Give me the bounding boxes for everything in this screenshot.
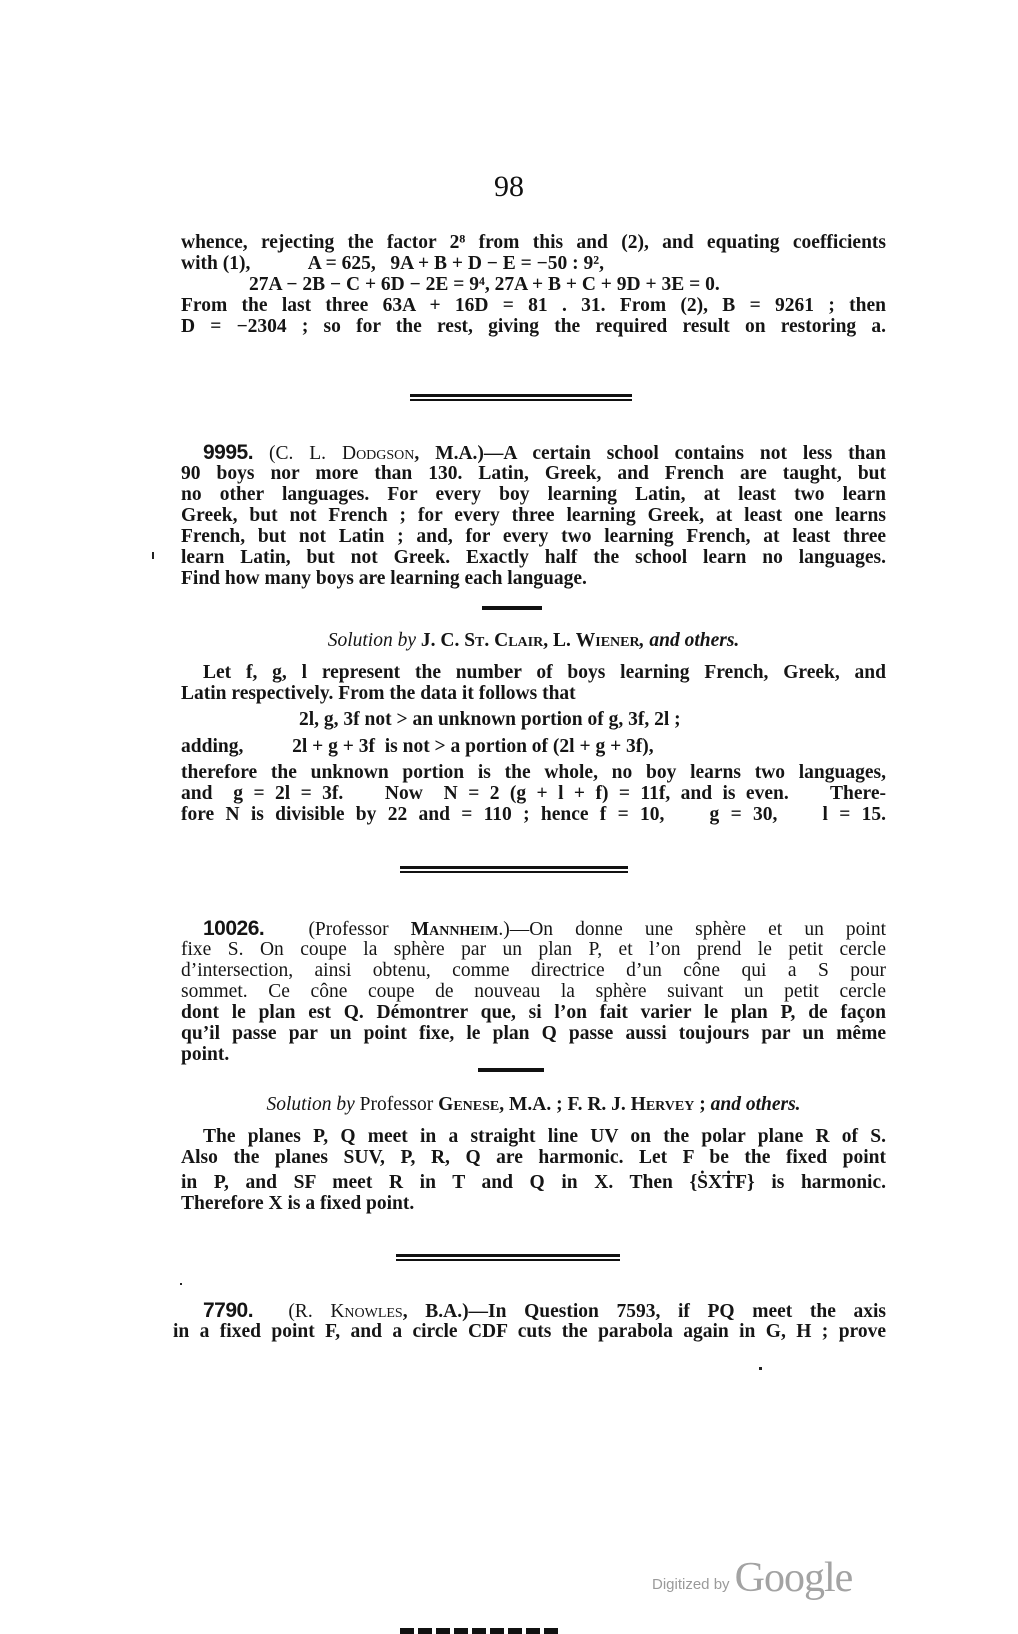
question-number: 10026. (203, 917, 264, 940)
solution-attribution: Solution by J. C. St. Clair, L. Wiener, … (181, 630, 886, 651)
short-divider (478, 1068, 544, 1072)
text-line: Latin respectively. From the data it fol… (181, 683, 886, 704)
equation-line: 2l, g, 3f not > an unknown portion of g,… (181, 709, 886, 730)
text-line: dont le plan est Q. Démontrer que, si l’… (181, 1002, 886, 1023)
text-line: learn Latin, but not Greek. Exactly half… (181, 547, 886, 568)
text-line: therefore the unknown portion is the who… (181, 762, 886, 783)
proposer-name: Mannheim (411, 919, 499, 940)
google-logo-text: Google (735, 1555, 853, 1601)
print-speck (759, 1367, 762, 1370)
print-speck (152, 552, 154, 559)
text-line: Find how many boys are learning each lan… (181, 568, 886, 589)
continuation-paragraph: whence, rejecting the factor 2⁸ from thi… (181, 232, 886, 337)
question-9995: 9995. (C. L. Dodgson, M.A.)—A certain sc… (181, 442, 886, 589)
text-line: Let f, g, l represent the number of boys… (181, 662, 886, 683)
text-line: sommet. Ce cône coupe de nouveau la sphè… (181, 981, 886, 1002)
section-divider (396, 1254, 620, 1261)
digitized-by-google-watermark: Digitized by Google (652, 1554, 852, 1602)
proposer-name: Dodgson (342, 443, 414, 464)
short-divider (482, 606, 542, 610)
equation-line: adding, 2l + g + 3f is not > a portion o… (181, 736, 886, 757)
section-divider (400, 866, 628, 873)
section-divider (410, 394, 632, 401)
question-7790: 7790. (R. Knowles, B.A.)—In Question 759… (181, 1300, 886, 1342)
text-line: Also the planes SUV, P, R, Q are harmoni… (181, 1147, 886, 1168)
text-line: French, but not Latin ; and, for every t… (181, 526, 886, 547)
solver-name: Wiener (576, 630, 640, 651)
text-line: no other languages. For every boy learni… (181, 484, 886, 505)
text-line: The planes P, Q meet in a straight line … (181, 1126, 886, 1147)
text-line: and g = 2l = 3f. Now N = 2 (g + l + f) =… (181, 783, 886, 804)
solution-9995: Let f, g, l represent the number of boys… (181, 662, 886, 825)
text-line: d’intersection, ainsi obtenu, comme dire… (181, 960, 886, 981)
solver-name: Hervey (631, 1094, 695, 1115)
print-speck (180, 1283, 182, 1285)
text-line: in P, and SF meet R in T and Q in X. The… (181, 1172, 886, 1193)
text-line: whence, rejecting the factor 2⁸ from thi… (181, 232, 886, 253)
text-line: qu’il passe par un point fixe, le plan Q… (181, 1023, 886, 1044)
question-header: 7790. (R. Knowles, B.A.)—In Question 759… (181, 1300, 886, 1321)
question-number: 9995. (203, 441, 253, 464)
question-10026: 10026. (Professor Mannheim.)—On donne un… (181, 918, 886, 1065)
solver-name: St. Clair (464, 630, 543, 651)
text-line: D = −2304 ; so for the rest, giving the … (181, 316, 886, 337)
question-number: 7790. (203, 1299, 253, 1322)
book-page: 98 whence, rejecting the factor 2⁸ from … (0, 0, 1018, 1634)
solution-10026: The planes P, Q meet in a straight line … (181, 1126, 886, 1214)
text-line: fore N is divisible by 22 and = 110 ; he… (181, 804, 886, 825)
text-line: 90 boys nor more than 130. Latin, Greek,… (181, 463, 886, 484)
text-line: in a fixed point F, and a circle CDF cut… (173, 1321, 886, 1342)
page-number: 98 (0, 170, 1018, 204)
question-header: 10026. (Professor Mannheim.)—On donne un… (181, 918, 886, 939)
text-line: point. (181, 1044, 886, 1065)
text-line: Therefore X is a fixed point. (181, 1193, 886, 1214)
text-line: fixe S. On coupe la sphère par un plan P… (181, 939, 886, 960)
watermark-prefix: Digitized by (652, 1576, 730, 1593)
solver-name: Genese (438, 1094, 499, 1115)
text-line: Greek, but not French ; for every three … (181, 505, 886, 526)
text-line: From the last three 63A + 16D = 81 . 31.… (181, 295, 886, 316)
question-header: 9995. (C. L. Dodgson, M.A.)—A certain sc… (181, 442, 886, 463)
solution-attribution: Solution by Professor Genese, M.A. ; F. … (181, 1094, 886, 1115)
next-page-edge (400, 1628, 560, 1634)
proposer-name: Knowles (330, 1301, 402, 1322)
equation-line: 27A − 2B − C + 6D − 2E = 9⁴, 27A + B + C… (181, 274, 886, 295)
equation-line: with (1), A = 625, 9A + B + D − E = −50 … (181, 253, 886, 274)
